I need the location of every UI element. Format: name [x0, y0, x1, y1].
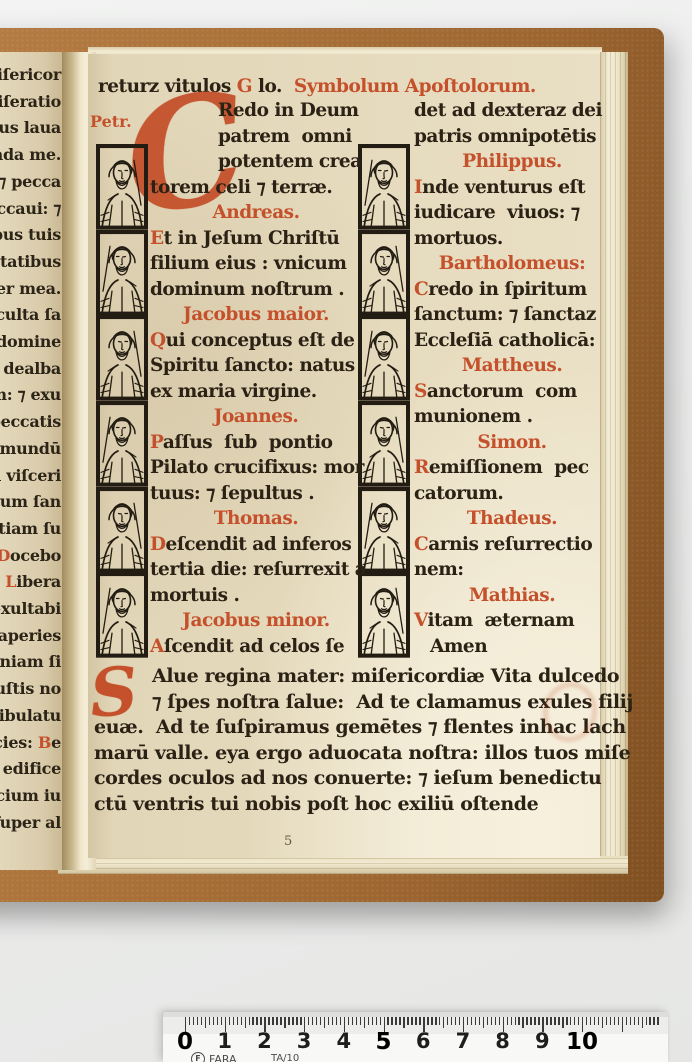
credo-right-column: det ad dexteraz deipatris omnipotētisPhi… — [414, 98, 610, 659]
ruler-tick — [594, 1017, 595, 1025]
ruler-tick — [427, 1017, 428, 1025]
ruler-tick — [546, 1017, 547, 1025]
text-line: Remiſſionem pec — [414, 455, 610, 481]
apostle-woodcut-strip-left — [96, 144, 148, 658]
ruler-tick — [276, 1017, 277, 1025]
ruler-number: 6 — [416, 1029, 431, 1053]
ruler-tick — [252, 1017, 253, 1025]
ruler-tick — [634, 1017, 635, 1025]
ruler-tick — [554, 1017, 555, 1025]
text-line: entur: Libera — [0, 569, 61, 595]
ruler-number: 8 — [495, 1029, 510, 1053]
ruler-tick — [443, 1017, 444, 1028]
ruler-tick — [368, 1017, 369, 1025]
ruler-number: 1 — [217, 1029, 232, 1053]
text-line: Jacobus maior. — [150, 302, 362, 328]
text-line: ia mea aperies — [0, 623, 61, 649]
apostle-portrait-woodcut — [358, 572, 410, 658]
text-line: Inde venturus eſt — [414, 175, 610, 201]
ruler-tick — [602, 1017, 603, 1028]
ruler-tick — [499, 1017, 500, 1025]
ruler-tick — [320, 1017, 321, 1025]
ruler-tick — [308, 1017, 309, 1025]
text-line: dinem miſeratio — [0, 89, 61, 115]
text-line: Thadeus. — [414, 506, 610, 532]
ruler-tick — [399, 1017, 400, 1025]
ruler-number: 2 — [257, 1029, 272, 1053]
ruler-tick — [626, 1017, 627, 1025]
text-line: euæ. Ad te ſuſpiramus gemētes ⁊ flentes … — [94, 715, 610, 741]
text-line: on: vt edifice — [0, 756, 61, 782]
ruler-tick — [324, 1017, 325, 1028]
text-line: Joannes. — [150, 404, 362, 430]
text-line: Mattheus. — [414, 353, 610, 379]
ruler-tick — [550, 1017, 551, 1025]
ruler-tick — [614, 1017, 615, 1025]
ruler-tick — [237, 1017, 238, 1025]
ruler-tick — [328, 1017, 329, 1025]
text-line: marū valle. eya ergo aduocata noſtra: il… — [94, 741, 610, 767]
ruler-tick — [598, 1017, 599, 1025]
text-line: Qui conceptus eſt de — [150, 328, 362, 354]
ruler-tick — [534, 1017, 535, 1025]
text-line: filium eius : vnicum — [150, 251, 362, 277]
ruler-tick — [657, 1017, 658, 1025]
text-line: Aſcendit ad celos ſe — [150, 634, 362, 660]
ruler-tick — [419, 1017, 420, 1025]
ruler-tick — [356, 1017, 357, 1025]
text-line: Amplius laua — [0, 115, 61, 141]
ruler-tick — [249, 1017, 250, 1025]
text-line: ſpicies: Be — [0, 730, 61, 756]
ruler-tick — [411, 1017, 412, 1025]
ruler-tick — [578, 1017, 579, 1025]
text-line: Alue regina mater: miſericordiæ Vita dul… — [94, 664, 610, 690]
ruler-number: 3 — [297, 1029, 312, 1053]
apostle-portrait-woodcut — [96, 572, 148, 658]
ruler-tick — [483, 1017, 484, 1028]
ruler-tick — [630, 1017, 631, 1025]
ruler-tick — [245, 1017, 246, 1028]
text-line: ce: ⁊ exultabi — [0, 596, 61, 622]
text-line: Philippus. — [414, 149, 610, 175]
text-line: rta ⁊ occulta ſa — [0, 302, 61, 328]
ruler-tick — [415, 1017, 416, 1025]
text-line: ⁊ ſpiritum ſan — [0, 489, 61, 515]
ruler-tick — [574, 1017, 575, 1025]
ruler-tick — [526, 1017, 527, 1025]
text-line: Eccleſiā catholicā: — [414, 328, 610, 354]
ruler-tick — [518, 1017, 519, 1025]
ruler-tick — [197, 1017, 198, 1025]
ruler-tick — [201, 1017, 202, 1025]
ruler-tick — [217, 1017, 218, 1025]
apostle-portrait-woodcut — [96, 401, 148, 487]
apostle-portrait-woodcut — [96, 144, 148, 230]
text-line: nem: — [414, 557, 610, 583]
ruler-tick — [491, 1017, 492, 1025]
ruler-tick — [380, 1017, 381, 1025]
ruler-tick — [649, 1017, 650, 1025]
text-line: gnoſco: ⁊ pecca — [0, 169, 61, 195]
text-line: tuus: ⁊ ſepultus . — [150, 481, 362, 507]
text-line: ⁊ ſpes noſtra ſalue: Ad te clamamus exul… — [94, 690, 610, 716]
ruler-tick — [256, 1017, 257, 1025]
text-line: Paſſus ſub pontio — [150, 430, 362, 456]
text-line: det ad dexteraz dei — [414, 98, 610, 124]
ruler-tick — [479, 1017, 480, 1025]
text-line: Vitam æternam — [414, 608, 610, 634]
text-line: Redo in Deum — [150, 98, 362, 124]
ruler: 012345678910 F FARA TA/10 — [163, 1012, 668, 1062]
text-line: nent ſuper al — [0, 810, 61, 836]
ruler-tick — [507, 1017, 508, 1025]
apostle-portrait-woodcut — [96, 230, 148, 316]
text-line: Et in Jeſum Chriſtū — [150, 226, 362, 252]
ruler-tick — [447, 1017, 448, 1025]
ruler-tick — [260, 1017, 261, 1025]
ruler-tick — [475, 1017, 476, 1025]
ruler-tick — [296, 1017, 297, 1025]
text-line: Sanctorum com — [414, 379, 610, 405]
ruler-tick — [268, 1017, 269, 1025]
text-line: dominum noſtrum . — [150, 277, 362, 303]
text-line: Pilato crucifixus: mor — [150, 455, 362, 481]
ruler-tick — [622, 1017, 623, 1032]
ruler-tick — [387, 1017, 388, 1025]
text-line: ex maria virgine. — [150, 379, 362, 405]
text-line: mortuis . — [150, 583, 362, 609]
text-line: Thomas. — [150, 506, 362, 532]
apostle-woodcut-strip-middle — [358, 144, 410, 658]
text-line: acrificium iu — [0, 783, 61, 809]
ruler-tick — [189, 1017, 190, 1025]
right-page: returz vitulos G lo. Symbolum Apoſtoloru… — [88, 54, 600, 858]
ruler-tick — [562, 1017, 563, 1028]
ruler-tick — [205, 1017, 206, 1028]
ruler-tick — [435, 1017, 436, 1025]
ruler-tick — [586, 1017, 587, 1025]
ruler-tick — [566, 1017, 567, 1025]
ruler-tick — [610, 1017, 611, 1025]
ruler-tick — [487, 1017, 488, 1025]
page-signature-mark: 5 — [284, 834, 292, 849]
text-line: ihi lætitiam ſu — [0, 516, 61, 542]
ruler-tick — [407, 1017, 408, 1025]
page-edges-bottom — [58, 856, 628, 874]
text-line: potentem crea — [150, 149, 362, 175]
ruler-number: 4 — [336, 1029, 351, 1053]
ruler-tick — [511, 1017, 512, 1025]
text-line: Jacobus minor. — [150, 608, 362, 634]
text-line: lætitiam: ⁊ exu — [0, 382, 61, 408]
ruler-tick — [316, 1017, 317, 1025]
text-line: Amen — [414, 634, 610, 660]
text-line: patris omnipotētis — [414, 124, 610, 150]
ruler-tick — [558, 1017, 559, 1025]
ruler-tick — [495, 1017, 496, 1025]
text-line: Quoniam ſi — [0, 649, 61, 675]
text-line: er niuem dealba — [0, 356, 61, 382]
salve-regina-paragraph: Alue regina mater: miſericordiæ Vita dul… — [94, 664, 610, 817]
ruler-tick — [431, 1017, 432, 1025]
text-line: tertia die: reſurrexit a — [150, 557, 362, 583]
ruler-tick — [391, 1017, 392, 1025]
ruler-tick — [233, 1017, 234, 1025]
ruler-tick — [455, 1017, 456, 1025]
ruler-tick — [284, 1017, 285, 1028]
ruler-tick — [653, 1017, 654, 1025]
ruler-tick — [340, 1017, 341, 1025]
apostle-portrait-woodcut — [96, 487, 148, 573]
photo-backdrop: gnam miſericordinem miſeratioAmplius lau… — [0, 0, 692, 1062]
text-line: Cor mundū — [0, 436, 61, 462]
ruler-tick — [606, 1017, 607, 1025]
ruler-tick — [332, 1017, 333, 1025]
ruler-number: 9 — [535, 1029, 550, 1053]
text-line: me mater mea. — [0, 276, 61, 302]
ruler-tick — [280, 1017, 281, 1025]
ruler-tick — [439, 1017, 440, 1025]
ruler-tick — [229, 1017, 230, 1025]
text-line: Andreas. — [150, 200, 362, 226]
ruler-tick — [618, 1017, 619, 1025]
text-line: catorum. — [414, 481, 610, 507]
ruler-tick — [646, 1017, 647, 1025]
text-line: munionem . — [414, 404, 610, 430]
text-line: Bartholomeus: — [414, 251, 610, 277]
ruler-tick — [300, 1017, 301, 1025]
ruler-tick — [459, 1017, 460, 1025]
ruler-tick — [288, 1017, 289, 1025]
text-line: ges me domine — [0, 329, 61, 355]
ruler-tick — [403, 1017, 404, 1028]
apostle-portrait-woodcut — [358, 144, 410, 230]
ruler-tick — [352, 1017, 353, 1025]
ruler-number: 5 — [375, 1029, 391, 1055]
text-line: Simon. — [414, 430, 610, 456]
ruler-tick — [213, 1017, 214, 1025]
text-line: iudicare viuos: ⁊ — [414, 200, 610, 226]
ruler-brand: F FARA — [191, 1052, 237, 1062]
ruler-tick — [193, 1017, 194, 1025]
ruler-tick — [360, 1017, 361, 1025]
ruler-tick — [395, 1017, 396, 1025]
text-line: me. Docebo — [0, 543, 61, 569]
apostle-portrait-woodcut — [96, 315, 148, 401]
text-line: Carnis reſurrectio — [414, 532, 610, 558]
ruler-tick — [336, 1017, 337, 1025]
ruler-tick — [348, 1017, 349, 1025]
ruler-number: 7 — [456, 1029, 471, 1053]
ruler-tick — [209, 1017, 210, 1025]
text-line: olocauſtis no — [0, 676, 61, 702]
ruler-tick — [312, 1017, 313, 1025]
ruler-model-label: TA/10 — [271, 1053, 299, 1062]
ruler-tick — [372, 1017, 373, 1025]
ruler-tick — [530, 1017, 531, 1025]
text-line: bi ſoli peccaui: ⁊ — [0, 196, 61, 222]
ruler-tick — [272, 1017, 273, 1025]
apostle-portrait-woodcut — [358, 315, 410, 401]
text-line: torem celi ⁊ terræ. — [150, 175, 362, 201]
text-line: ſermonibus tuis — [0, 222, 61, 248]
text-line: noua in viſceri — [0, 463, 61, 489]
text-line: mortuos. — [414, 226, 610, 252]
ruler-tick — [590, 1017, 591, 1025]
text-line: cordes oculos ad nos conuerte: ⁊ ieſum b… — [94, 766, 610, 792]
text-line: eo munda me. — [0, 142, 61, 168]
ruler-tick — [292, 1017, 293, 1025]
text-line: contribulatu — [0, 703, 61, 729]
ruler-number: 10 — [566, 1029, 598, 1055]
text-line: Credo in ſpiritum — [414, 277, 610, 303]
text-line: uam a peccatis — [0, 409, 61, 435]
ruler-tick — [642, 1017, 643, 1028]
ruler-tick — [376, 1017, 377, 1025]
apostle-portrait-woodcut — [358, 230, 410, 316]
text-line: ſanctum: ⁊ ſanctaz — [414, 302, 610, 328]
text-line: Spiritu ſancto: natus — [150, 353, 362, 379]
text-line: in iniquitatibus — [0, 249, 61, 275]
ruler-tick — [570, 1017, 571, 1025]
credo-left-column: Redo in Deumpatrem omnipotentem creatore… — [150, 98, 362, 659]
ruler-tick — [522, 1017, 523, 1028]
ruler-tick — [515, 1017, 516, 1025]
ruler-tick — [538, 1017, 539, 1025]
left-page-text: gnam miſericordinem miſeratioAmplius lau… — [0, 62, 64, 862]
apostle-portrait-woodcut — [358, 401, 410, 487]
text-line: Deſcendit ad inferos — [150, 532, 362, 558]
ruler-tick — [471, 1017, 472, 1025]
text-line: ctū ventris tui nobis poſt hoc exiliū oſ… — [94, 792, 610, 818]
ruler-tick — [364, 1017, 365, 1028]
ruler-tick — [638, 1017, 639, 1025]
text-line: patrem omni — [150, 124, 362, 150]
ruler-brand-mark: F — [191, 1052, 205, 1062]
ruler-tick — [451, 1017, 452, 1025]
ruler-tick — [241, 1017, 242, 1025]
ruler-tick — [221, 1017, 222, 1025]
ruler-brand-name: FARA — [209, 1053, 237, 1062]
text-line: Mathias. — [414, 583, 610, 609]
text-line: gnam miſericor — [0, 62, 61, 88]
ruler-tick — [467, 1017, 468, 1025]
